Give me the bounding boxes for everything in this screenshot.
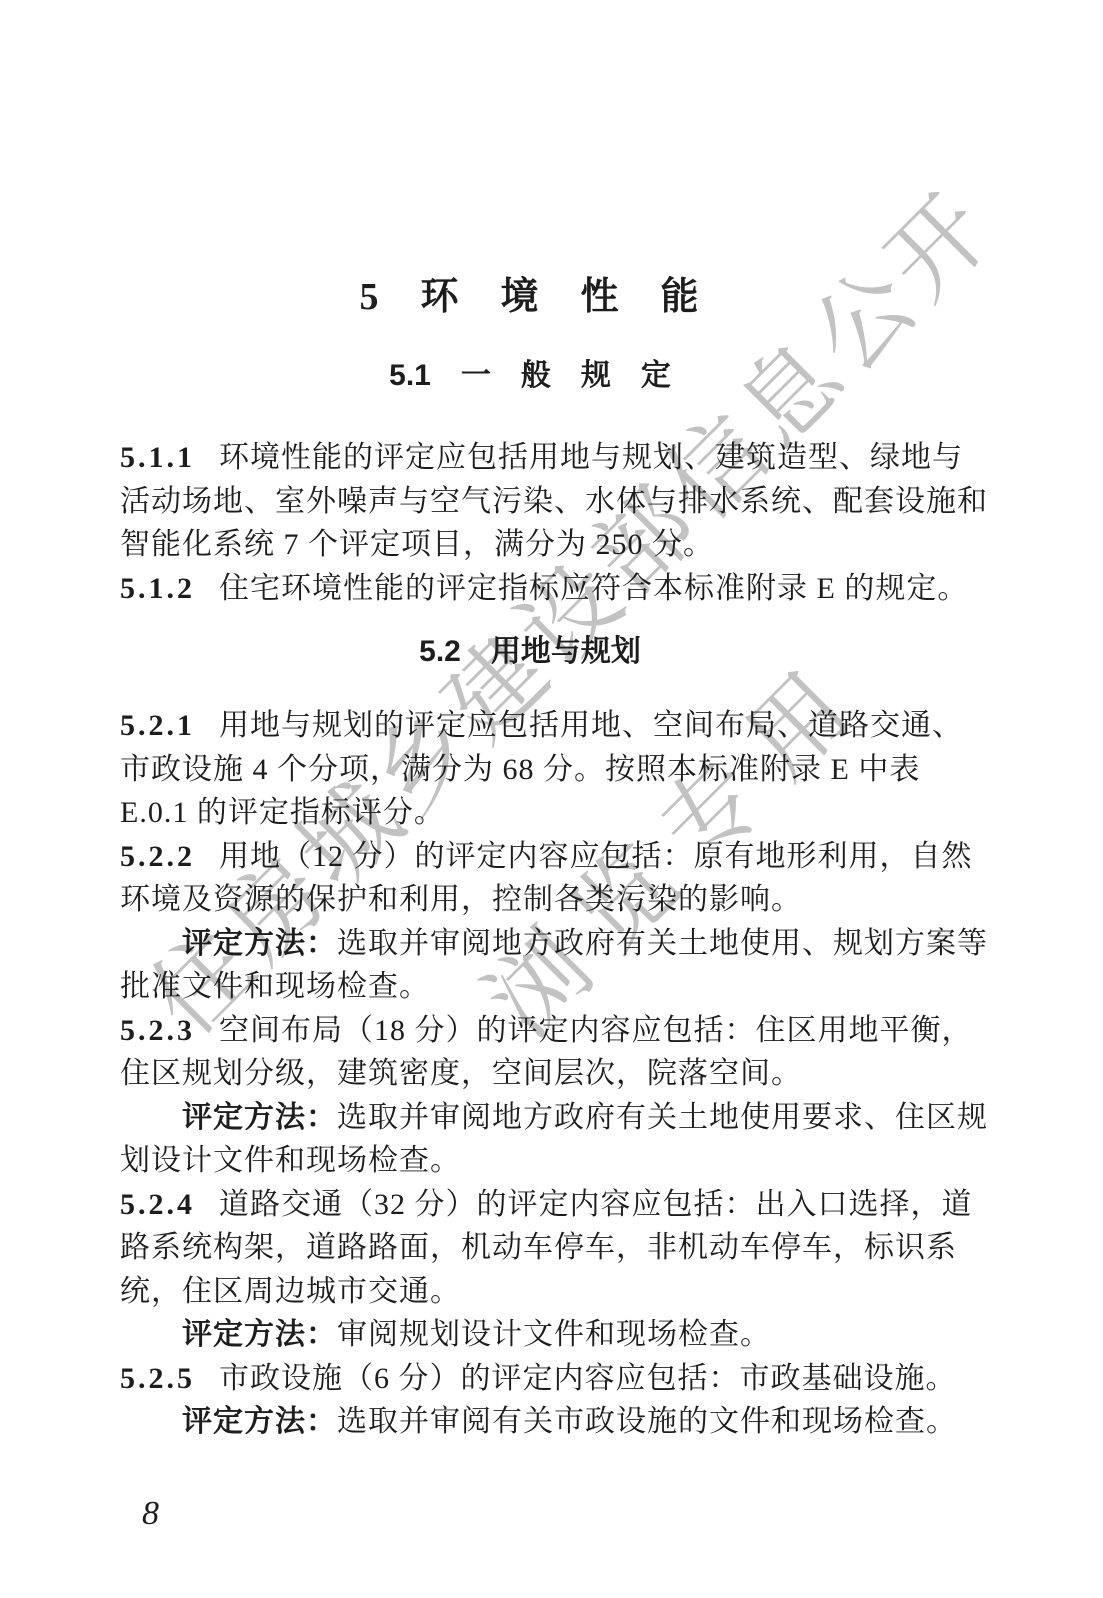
line-text: 选取并审阅地方政府有关土地使用要求、住区规 bbox=[337, 1101, 988, 1134]
clause-number: 5.2.1 bbox=[120, 709, 195, 742]
text-line: 5.2.4道路交通（32 分）的评定内容应包括：出入口选择，道 bbox=[120, 1183, 940, 1227]
line-text: 市政设施（6 分）的评定内容应包括：市政基础设施。 bbox=[219, 1362, 957, 1395]
line-text: 环境及资源的保护和利用，控制各类污染的影响。 bbox=[120, 883, 802, 916]
page-number: 8 bbox=[142, 1494, 940, 1534]
section-heading-5.1: 5.1 一 般 规 定 bbox=[120, 360, 940, 392]
clause-number: 5.1.1 bbox=[120, 441, 195, 474]
text-line: 活动场地、室外噪声与空气污染、水体与排水系统、配套设施和 bbox=[120, 480, 940, 524]
line-text: 审阅规划设计文件和现场检查。 bbox=[337, 1318, 771, 1351]
line-text: 批准文件和现场检查。 bbox=[120, 970, 430, 1003]
text-line: 批准文件和现场检查。 bbox=[120, 965, 940, 1009]
text-line: 环境及资源的保护和利用，控制各类污染的影响。 bbox=[120, 878, 940, 922]
text-line: 市政设施 4 个分项，满分为 68 分。按照本标准附录 E 中表 bbox=[120, 748, 940, 792]
text-line: 5.1.1环境性能的评定应包括用地与规划、建筑造型、绿地与 bbox=[120, 436, 940, 480]
text-line: 划设计文件和现场检查。 bbox=[120, 1139, 940, 1183]
line-text: 活动场地、室外噪声与空气污染、水体与排水系统、配套设施和 bbox=[120, 485, 988, 518]
text-line: 评定方法：选取并审阅有关市政设施的文件和现场检查。 bbox=[120, 1400, 940, 1444]
line-text: E.0.1 的评定指标评分。 bbox=[120, 796, 445, 829]
line-text: 路系统构架，道路路面，机动车停车，非机动车停车，标识系 bbox=[120, 1231, 957, 1264]
line-text: 环境性能的评定应包括用地与规划、建筑造型、绿地与 bbox=[219, 441, 963, 474]
text-line: 5.2.1用地与规划的评定应包括用地、空间布局、道路交通、 bbox=[120, 704, 940, 748]
text-line: 5.1.2住宅环境性能的评定指标应符合本标准附录 E 的规定。 bbox=[120, 567, 940, 611]
line-text: 空间布局（18 分）的评定内容应包括：住区用地平衡， bbox=[219, 1014, 973, 1047]
text-line: 住区规划分级，建筑密度，空间层次，院落空间。 bbox=[120, 1052, 940, 1096]
sections-container: 5.1 一 般 规 定5.1.1环境性能的评定应包括用地与规划、建筑造型、绿地与… bbox=[120, 360, 940, 1444]
clause-number: 5.1.2 bbox=[120, 572, 195, 605]
text-line: 5.2.3空间布局（18 分）的评定内容应包括：住区用地平衡， bbox=[120, 1009, 940, 1053]
text-line: 5.2.5市政设施（6 分）的评定内容应包括：市政基础设施。 bbox=[120, 1357, 940, 1401]
text-line: 评定方法：选取并审阅地方政府有关土地使用、规划方案等 bbox=[120, 922, 940, 966]
clause-number: 5.2.2 bbox=[120, 840, 195, 873]
line-text: 选取并审阅有关市政设施的文件和现场检查。 bbox=[337, 1405, 957, 1438]
text-line: 5.2.2用地（12 分）的评定内容应包括：原有地形利用，自然 bbox=[120, 835, 940, 879]
line-text: 选取并审阅地方政府有关土地使用、规划方案等 bbox=[337, 927, 988, 960]
line-text: 市政设施 4 个分项，满分为 68 分。按照本标准附录 E 中表 bbox=[120, 753, 920, 786]
line-text: 用地（12 分）的评定内容应包括：原有地形利用，自然 bbox=[219, 840, 973, 873]
line-text: 住宅环境性能的评定指标应符合本标准附录 E 的规定。 bbox=[219, 572, 968, 605]
clause-number: 5.2.3 bbox=[120, 1014, 195, 1047]
line-text: 划设计文件和现场检查。 bbox=[120, 1144, 461, 1177]
clause-number: 5.2.5 bbox=[120, 1362, 195, 1395]
chapter-title: 5 环 境 性 能 bbox=[120, 276, 940, 318]
method-label: 评定方法： bbox=[182, 1101, 337, 1134]
text-line: 评定方法：选取并审阅地方政府有关土地使用要求、住区规 bbox=[120, 1096, 940, 1140]
line-text: 用地与规划的评定应包括用地、空间布局、道路交通、 bbox=[219, 709, 963, 742]
text-line: E.0.1 的评定指标评分。 bbox=[120, 791, 940, 835]
text-line: 统，住区周边城市交通。 bbox=[120, 1270, 940, 1314]
text-line: 路系统构架，道路路面，机动车停车，非机动车停车，标识系 bbox=[120, 1226, 940, 1270]
line-text: 智能化系统 7 个评定项目，满分为 250 分。 bbox=[120, 528, 714, 561]
page-content: 5 环 境 性 能 5.1 一 般 规 定5.1.1环境性能的评定应包括用地与规… bbox=[120, 276, 940, 1534]
method-label: 评定方法： bbox=[182, 1318, 337, 1351]
document-page: 住房城乡建设部信息公开 浏览专用 5 环 境 性 能 5.1 一 般 规 定5.… bbox=[0, 0, 1103, 1598]
text-layer: 5 环 境 性 能 5.1 一 般 规 定5.1.1环境性能的评定应包括用地与规… bbox=[0, 0, 1103, 1534]
line-text: 道路交通（32 分）的评定内容应包括：出入口选择，道 bbox=[219, 1188, 973, 1221]
line-text: 住区规划分级，建筑密度，空间层次，院落空间。 bbox=[120, 1057, 802, 1090]
line-text: 统，住区周边城市交通。 bbox=[120, 1275, 461, 1308]
clause-number: 5.2.4 bbox=[120, 1188, 195, 1221]
method-label: 评定方法： bbox=[182, 1405, 337, 1438]
text-line: 智能化系统 7 个评定项目，满分为 250 分。 bbox=[120, 523, 940, 567]
method-label: 评定方法： bbox=[182, 927, 337, 960]
text-line: 评定方法：审阅规划设计文件和现场检查。 bbox=[120, 1313, 940, 1357]
section-heading-5.2: 5.2 用地与规划 bbox=[120, 636, 940, 668]
